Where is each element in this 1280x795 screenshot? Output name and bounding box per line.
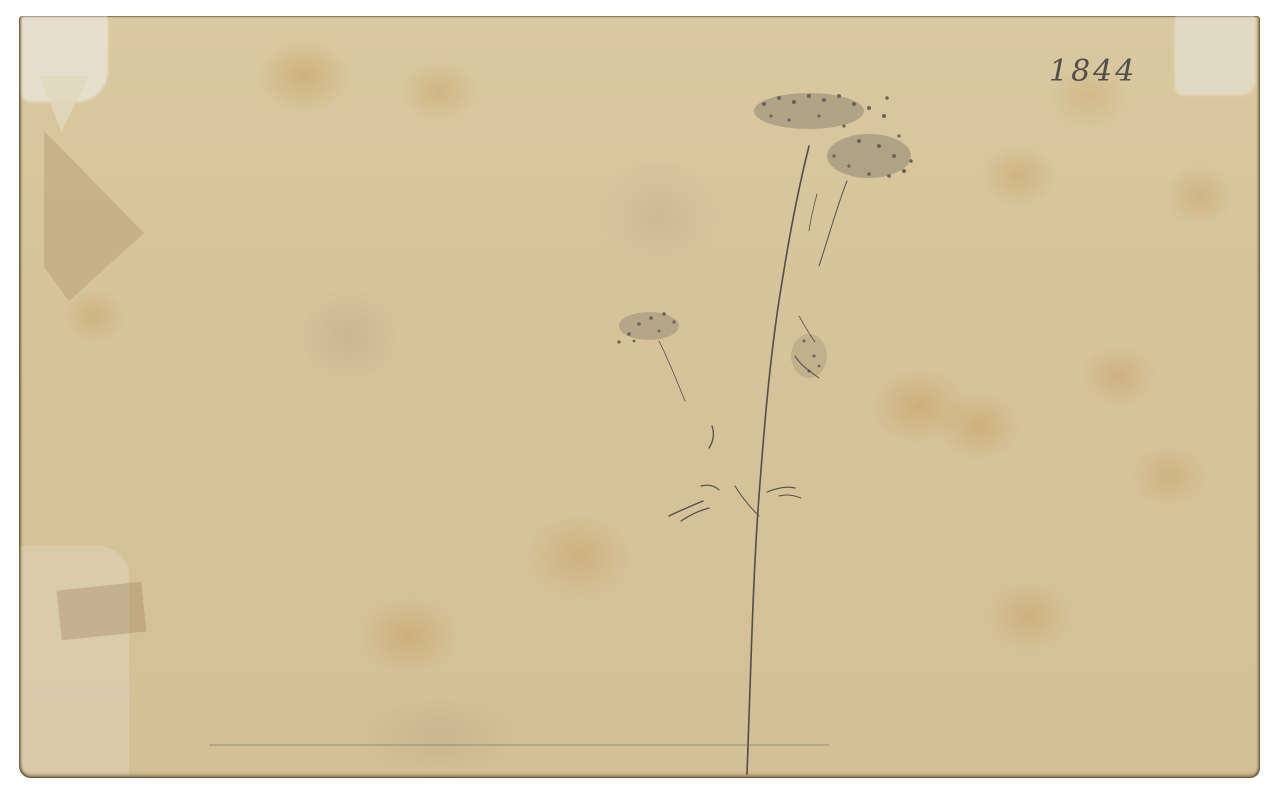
plant-sketch-icon	[19, 16, 1260, 778]
image-canvas: 1844	[0, 0, 1280, 795]
aged-paper-card: 1844	[19, 16, 1260, 778]
faint-pencil-line	[209, 744, 829, 746]
